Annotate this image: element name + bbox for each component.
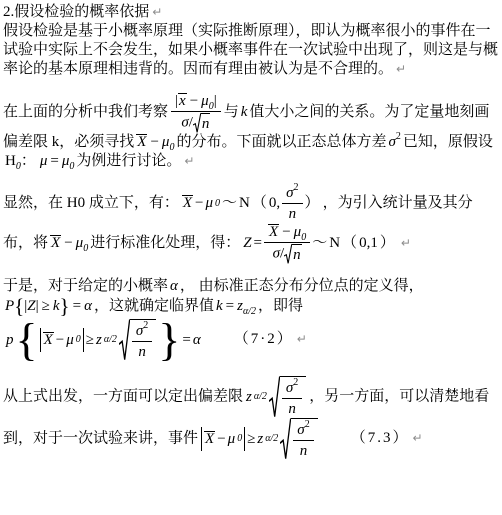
radical-icon bbox=[284, 244, 292, 264]
sigma-symbol: σ bbox=[273, 245, 280, 261]
fraction-denominator: σ/n bbox=[181, 112, 210, 133]
paragraph-mark-icon: ↵ bbox=[401, 236, 411, 250]
alpha-symbol: α bbox=[170, 278, 178, 294]
xbar-minus-mu0: X−μ0 bbox=[50, 235, 88, 251]
section-heading: 2.假设检验的概率依据↵ bbox=[3, 3, 500, 22]
sigma-symbol: σ bbox=[286, 185, 293, 201]
mu-symbol: μ bbox=[40, 153, 48, 169]
sigma-symbol: σ bbox=[297, 422, 304, 438]
n-symbol: n bbox=[202, 116, 210, 132]
paragraph-h0-distribution: 显然，在 H0 成立下，有：X−μ0～N（0,σ2n），为引入统计量及其分布，将… bbox=[3, 184, 500, 264]
k-equals-z-alpha2: k=zα/2 bbox=[216, 298, 256, 314]
subscript-zero: 0 bbox=[169, 142, 174, 153]
minus-sign: − bbox=[64, 235, 72, 251]
deviation-limit-expression: zα/2σ2n bbox=[245, 376, 307, 418]
k-symbol: k bbox=[216, 298, 223, 314]
minus-sign: − bbox=[190, 93, 198, 109]
text-run: ，即得 bbox=[258, 298, 303, 314]
paragraph-mark-icon: ↵ bbox=[152, 5, 162, 19]
N-symbol: N bbox=[239, 194, 250, 213]
abs-bar: | bbox=[214, 93, 217, 109]
minus-sign: − bbox=[56, 331, 64, 350]
n-symbol: n bbox=[300, 443, 308, 459]
z-symbol: z bbox=[246, 388, 252, 407]
superscript-two: 2 bbox=[143, 320, 148, 331]
X-bar-symbol: X bbox=[204, 431, 215, 448]
sqrt-n: n bbox=[193, 113, 211, 133]
text-run: 显然，在 H0 成立下，有： bbox=[3, 195, 179, 211]
fraction-numerator: X−μ0 bbox=[264, 223, 310, 243]
heading-text: 2.假设检验的概率依据 bbox=[3, 4, 149, 20]
X-bar-symbol: X bbox=[182, 195, 193, 212]
sqrt-n: n bbox=[284, 244, 302, 264]
fraction-numerator: σ2 bbox=[293, 421, 313, 441]
paragraph-quantile-critical-value: 于是，对于给定的小概率α， 由标准正态分布分位点的定义得，P{|Z|≥k}=α，… bbox=[3, 277, 500, 363]
Z-symbol: Z bbox=[27, 298, 35, 314]
sqrt-sigma2-over-n: σ2n bbox=[269, 376, 306, 418]
n-symbol: n bbox=[293, 247, 301, 263]
fraction-denominator: n bbox=[300, 441, 308, 460]
fraction-sigma2-over-n: σ2n bbox=[132, 322, 152, 361]
paragraph-deviation-analysis: 在上面的分析中我们考察|x−μ0|σ/n与k值大小之间的关系。为了定量地刻画偏差… bbox=[3, 92, 500, 171]
paragraph-mark-icon: ↵ bbox=[396, 62, 406, 76]
sigma-symbol: σ bbox=[388, 134, 395, 150]
geq-sign: ≥ bbox=[42, 298, 50, 314]
k-symbol: k bbox=[241, 104, 248, 120]
right-paren: ） bbox=[305, 194, 320, 213]
p-symbol: p bbox=[6, 331, 14, 350]
paragraph-mark-icon: ↵ bbox=[412, 431, 422, 445]
fraction-denominator: n bbox=[288, 399, 296, 418]
radical-icon bbox=[280, 418, 291, 460]
fraction-denominator: n bbox=[289, 204, 297, 223]
alpha-symbol: α bbox=[193, 331, 201, 350]
paragraph-small-probability-principle: 假设检验是基于小概率原理（实际推断原理），即认为概率很小的事件在一试验中实际上不… bbox=[3, 22, 500, 79]
abs-bar bbox=[40, 328, 41, 352]
superscript-two: 2 bbox=[293, 377, 298, 388]
sqrt-sigma2-over-n: σ2n bbox=[119, 319, 156, 361]
fraction-denominator: n bbox=[138, 342, 146, 361]
minus-sign: − bbox=[217, 430, 225, 449]
x-bar-symbol: x bbox=[178, 93, 187, 110]
equals-sign: = bbox=[73, 298, 81, 314]
n-symbol: n bbox=[288, 401, 296, 417]
colon: ： bbox=[21, 153, 36, 169]
big-left-brace: { bbox=[16, 317, 38, 363]
fraction-denominator: σ/n bbox=[273, 243, 302, 264]
xbar-minus-mu0: X−μ0 bbox=[136, 134, 174, 150]
formula-7-2: p{X−μ0≥zα/2σ2n}=α bbox=[5, 317, 202, 363]
sigma-symbol: σ bbox=[181, 114, 188, 130]
left-paren: （ bbox=[252, 194, 267, 213]
text-run: 于是，对于给定的小概率 bbox=[3, 278, 168, 294]
minus-sign: − bbox=[282, 224, 290, 240]
P-symbol: P bbox=[5, 298, 14, 314]
X-bar-symbol: X bbox=[268, 224, 279, 241]
text-run: 为例进行讨论。 bbox=[76, 153, 181, 169]
abs-bar bbox=[201, 427, 202, 451]
fraction-numerator: σ2 bbox=[282, 184, 302, 204]
paragraph-mark-icon: ↵ bbox=[297, 332, 307, 346]
zero-comma: 0, bbox=[269, 194, 280, 213]
minus-sign: − bbox=[195, 194, 203, 213]
superscript-two: 2 bbox=[396, 131, 401, 142]
radical-icon bbox=[119, 319, 130, 361]
equals-sign: = bbox=[182, 331, 190, 350]
body-text: 假设检验是基于小概率原理（实际推断原理），即认为概率很小的事件在一试验中实际上不… bbox=[3, 23, 498, 77]
p-abs-z-geq-k-formula: P{|Z|≥k}=α bbox=[5, 298, 92, 314]
text-run: 在上面的分析中我们考察 bbox=[3, 104, 168, 120]
fraction-sigma2-over-n: σ2n bbox=[282, 184, 302, 223]
subscript-zero: 0 bbox=[83, 243, 88, 254]
right-paren: ） bbox=[380, 234, 395, 253]
abs-bar: | bbox=[36, 298, 39, 314]
mu-symbol: μ bbox=[228, 430, 236, 449]
geq-sign: ≥ bbox=[247, 430, 255, 449]
sigma-squared: σ2 bbox=[388, 134, 400, 150]
text-run: 的分布。下面就以正态总体方差 bbox=[176, 134, 386, 150]
fraction-numerator: |x−μ0| bbox=[171, 92, 221, 112]
n-symbol: n bbox=[289, 206, 297, 222]
tilde-distributed: ～ bbox=[222, 194, 237, 213]
geq-sign: ≥ bbox=[86, 331, 94, 350]
H-symbol: H bbox=[5, 153, 16, 169]
document: 2.假设检验的概率依据↵ 假设检验是基于小概率原理（实际推断原理），即认为概率很… bbox=[0, 0, 502, 460]
text-run: 从上式出发，一方面可以定出偏差限 bbox=[3, 388, 243, 404]
right-brace: } bbox=[60, 294, 70, 318]
paragraph-mark-icon: ↵ bbox=[184, 154, 194, 168]
equals-sign: = bbox=[50, 153, 58, 169]
n-symbol: n bbox=[138, 344, 146, 360]
N-symbol: N bbox=[329, 234, 340, 253]
X-bar-symbol: X bbox=[43, 332, 54, 349]
paragraph-deviation-limit-conclusion: 从上式出发，一方面可以定出偏差限zα/2σ2n，另一方面，可以清楚地看到，对于一… bbox=[3, 376, 500, 460]
xbar-distribution-formula: X−μ0～N（0,σ2n） bbox=[181, 184, 321, 223]
equation-label-7-2: （7·2） bbox=[234, 331, 294, 347]
z-symbol: z bbox=[257, 430, 263, 449]
text-run: 进行标准化处理，得： bbox=[90, 235, 240, 251]
fraction-abs-xbar-minus-mu0-over-sigma-sqrt-n: |x−μ0|σ/n bbox=[171, 92, 221, 133]
subscript-zero: 0 bbox=[301, 232, 306, 243]
tilde-distributed: ～ bbox=[312, 234, 327, 253]
equals-sign: = bbox=[226, 298, 234, 314]
text-run: ， 由标准正态分布分位点的定义得， bbox=[180, 278, 424, 294]
event-expression-7-3: X−μ0≥zα/2σ2n bbox=[200, 418, 319, 460]
superscript-two: 2 bbox=[305, 419, 310, 430]
left-paren: （ bbox=[342, 234, 357, 253]
mu-equals-mu0: μ=μ0 bbox=[40, 153, 75, 169]
abs-bar bbox=[83, 328, 84, 352]
equation-label-7-3: （7.3） bbox=[351, 430, 410, 446]
H0-hypothesis: H0： bbox=[5, 153, 36, 169]
fraction-numerator: σ2 bbox=[282, 379, 302, 399]
equals-sign: = bbox=[254, 234, 262, 253]
X-bar-symbol: X bbox=[50, 235, 61, 252]
zero-one: 0,1 bbox=[359, 234, 378, 253]
subscript-alpha-over-2: α/2 bbox=[243, 306, 256, 317]
superscript-two: 2 bbox=[294, 182, 299, 193]
text-run: ，这就确定临界值 bbox=[94, 298, 214, 314]
Z-symbol: Z bbox=[243, 234, 251, 253]
mu-symbol: μ bbox=[66, 331, 74, 350]
fraction-numerator: σ2 bbox=[132, 322, 152, 342]
fraction-sigma2-over-n: σ2n bbox=[282, 379, 302, 418]
subscript-zero: 0 bbox=[69, 161, 74, 172]
radical-icon bbox=[193, 113, 201, 133]
z-standardization-formula: Z=X−μ0σ/n～N（0,1） bbox=[242, 223, 396, 264]
big-right-brace: } bbox=[158, 317, 180, 363]
fraction-sigma2-over-n: σ2n bbox=[293, 421, 313, 460]
text-run: 已知，原假设 bbox=[403, 134, 493, 150]
mu-symbol: μ bbox=[205, 194, 213, 213]
X-bar-symbol: X bbox=[136, 134, 147, 151]
mu-symbol: μ bbox=[201, 93, 209, 109]
abs-bar bbox=[244, 427, 245, 451]
sqrt-sigma2-over-n: σ2n bbox=[280, 418, 317, 460]
radical-icon bbox=[269, 376, 280, 418]
minus-sign: − bbox=[150, 134, 158, 150]
text-run: 与 bbox=[224, 104, 239, 120]
z-symbol: z bbox=[96, 331, 102, 350]
alpha-symbol: α bbox=[84, 298, 92, 314]
fraction-xbar-mu0-over-sigma-sqrt-n: X−μ0σ/n bbox=[264, 223, 310, 264]
k-symbol: k bbox=[53, 298, 60, 314]
